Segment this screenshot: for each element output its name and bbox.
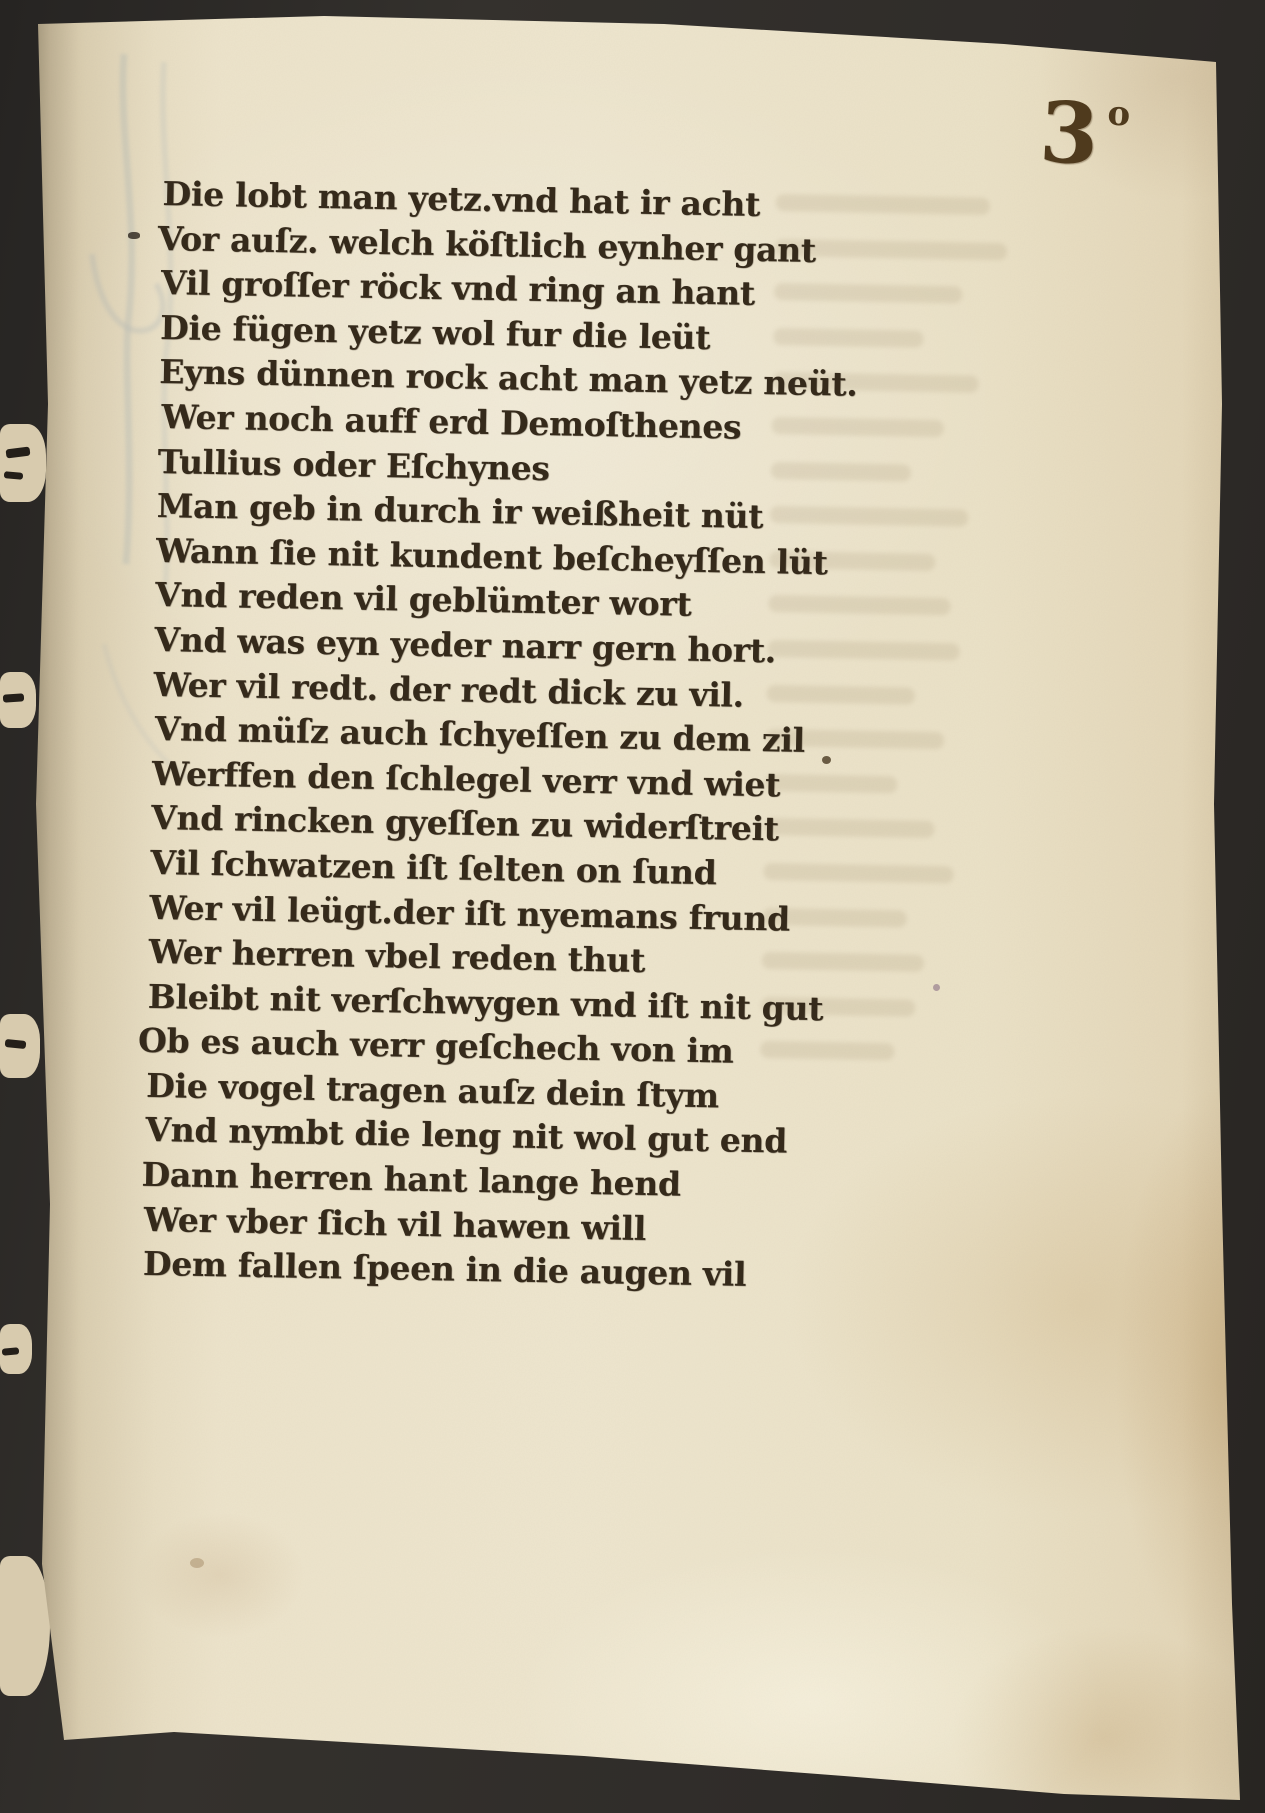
binding-tab: [0, 424, 46, 502]
folio-number-superscript: o: [1107, 93, 1132, 134]
book-scan-background: 3o Die lobt man yetz.vnd hat ir acht Vor…: [0, 0, 1265, 1813]
folio-number: 3o: [1038, 90, 1123, 178]
paper-flaw: [128, 232, 140, 239]
book-page: 3o Die lobt man yetz.vnd hat ir acht Vor…: [24, 4, 1252, 1810]
binding-stitch: [3, 693, 25, 702]
folio-number-digit: 3: [1037, 82, 1101, 184]
stain-speck: [190, 1558, 204, 1568]
page-corner-curl: [0, 1556, 50, 1696]
binding-stitch: [2, 1347, 20, 1355]
verse-text-block: Die lobt man yetz.vnd hat ir acht Vor au…: [143, 172, 862, 1299]
purple-speck: [933, 984, 940, 991]
